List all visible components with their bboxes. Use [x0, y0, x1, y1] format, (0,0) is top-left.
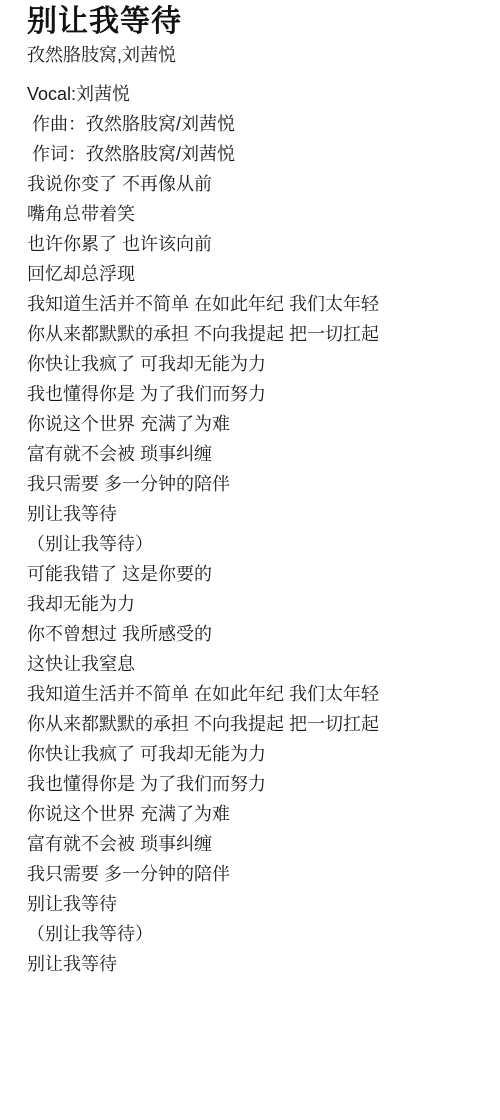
- lyric-line: 富有就不会被 琐事纠缠: [27, 829, 490, 859]
- lyric-line: 你说这个世界 充满了为难: [27, 799, 490, 829]
- lyric-line: 我只需要 多一分钟的陪伴: [27, 859, 490, 889]
- lyric-line: 我也懂得你是 为了我们而努力: [27, 769, 490, 799]
- lyric-line: 别让我等待: [27, 889, 490, 919]
- credit-vocal: Vocal:刘茜悦: [27, 79, 490, 109]
- lyric-line: 我知道生活并不简单 在如此年纪 我们太年轻: [27, 679, 490, 709]
- lyric-line: 你说这个世界 充满了为难: [27, 409, 490, 439]
- lyric-line: 我也懂得你是 为了我们而努力: [27, 379, 490, 409]
- lyric-line: 你从来都默默的承担 不向我提起 把一切扛起: [27, 709, 490, 739]
- lyric-line: 我只需要 多一分钟的陪伴: [27, 469, 490, 499]
- song-artists: 孜然胳肢窝,刘茜悦: [27, 42, 490, 68]
- lyric-line: （别让我等待）: [27, 919, 490, 949]
- lyrics-body: Vocal:刘茜悦 作曲：孜然胳肢窝/刘茜悦 作词：孜然胳肢窝/刘茜悦 我说你变…: [27, 79, 490, 979]
- lyric-line: 回忆却总浮现: [27, 259, 490, 289]
- lyric-line: 你快让我疯了 可我却无能为力: [27, 349, 490, 379]
- lyric-line: 可能我错了 这是你要的: [27, 559, 490, 589]
- lyric-line: 我说你变了 不再像从前: [27, 169, 490, 199]
- lyric-line: 别让我等待: [27, 499, 490, 529]
- lyric-line: 嘴角总带着笑: [27, 199, 490, 229]
- credit-lyricist: 作词：孜然胳肢窝/刘茜悦: [27, 139, 490, 169]
- lyrics-page: 别让我等待 孜然胳肢窝,刘茜悦 Vocal:刘茜悦 作曲：孜然胳肢窝/刘茜悦 作…: [0, 0, 500, 1120]
- lyric-line: 这快让我窒息: [27, 649, 490, 679]
- lyric-line: 我却无能为力: [27, 589, 490, 619]
- lyric-line: 富有就不会被 琐事纠缠: [27, 439, 490, 469]
- lyric-line: 你从来都默默的承担 不向我提起 把一切扛起: [27, 319, 490, 349]
- lyric-line: 你不曾想过 我所感受的: [27, 619, 490, 649]
- lyric-line: （别让我等待）: [27, 529, 490, 559]
- credit-composer: 作曲：孜然胳肢窝/刘茜悦: [27, 109, 490, 139]
- lyric-line: 也许你累了 也许该向前: [27, 229, 490, 259]
- song-title: 别让我等待: [27, 2, 490, 42]
- lyric-line: 我知道生活并不简单 在如此年纪 我们太年轻: [27, 289, 490, 319]
- lyric-line: 别让我等待: [27, 949, 490, 979]
- lyric-line: 你快让我疯了 可我却无能为力: [27, 739, 490, 769]
